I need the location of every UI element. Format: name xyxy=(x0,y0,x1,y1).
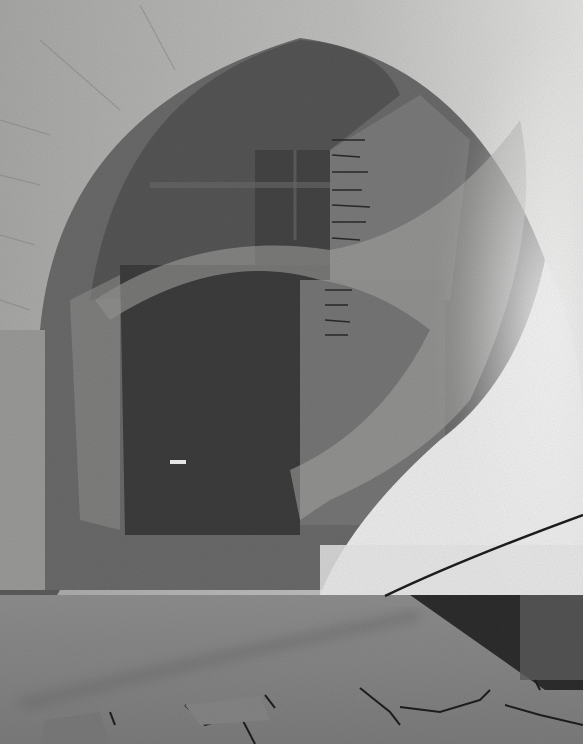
right-pillar-base xyxy=(520,595,583,680)
overexposed-strip xyxy=(320,545,583,595)
photograph xyxy=(0,0,583,744)
photo-scene xyxy=(0,0,583,744)
